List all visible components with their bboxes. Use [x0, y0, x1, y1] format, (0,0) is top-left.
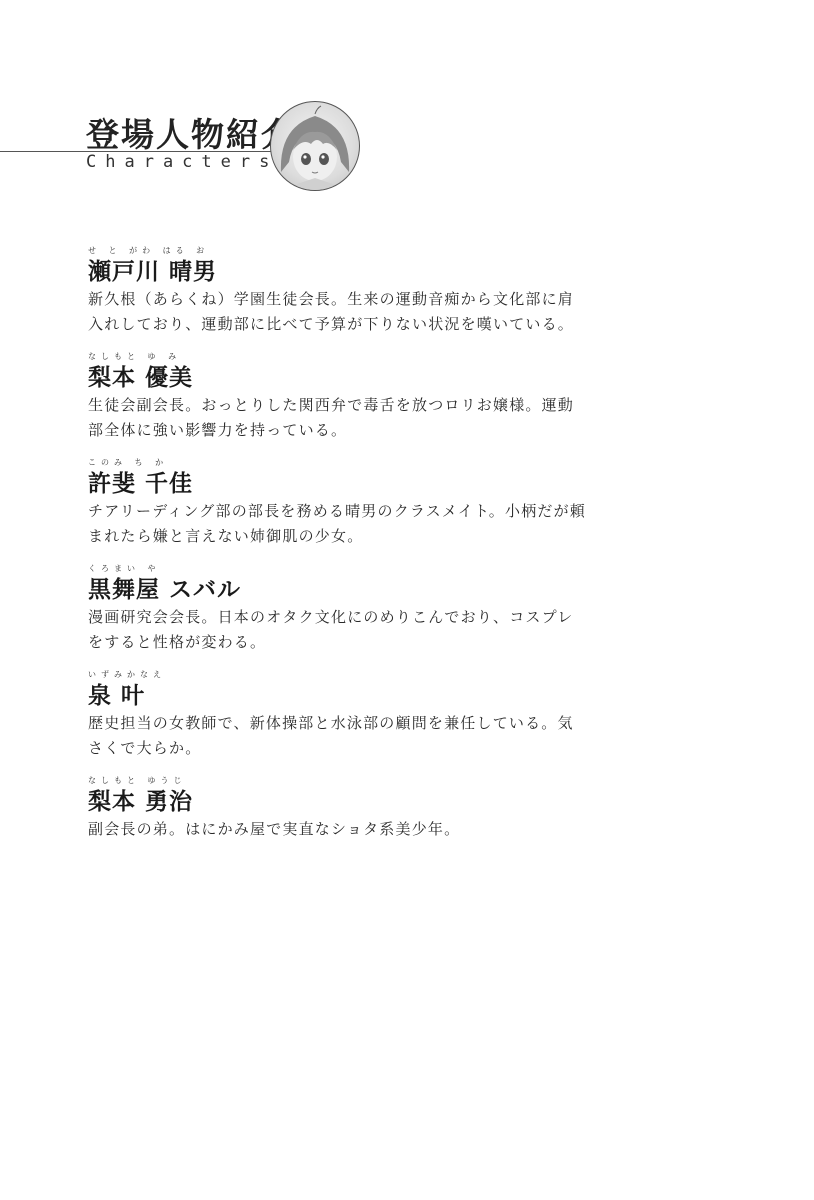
character-description: 歴史担当の女教師で、新体操部と水泳部の顧問を兼任している。気さくで大らか。: [88, 711, 588, 761]
character-name: 許斐 千佳: [88, 465, 193, 498]
character-name: 泉 叶: [88, 677, 145, 710]
character-description: 漫画研究会会長。日本のオタク文化にのめりこんでおり、コスプレをすると性格が変わる…: [88, 605, 588, 655]
character-name: 瀬戸川 晴男: [88, 253, 217, 286]
character-list: せ と がわ はる お 瀬戸川 晴男 新久根（あらくね）学園生徒会長。生来の運動…: [88, 245, 588, 856]
character-description: チアリーディング部の部長を務める晴男のクラスメイト。小柄だが頼まれたら嫌と言えな…: [88, 499, 588, 549]
character-name: 梨本 勇治: [88, 783, 193, 816]
character-entry: いずみかなえ 泉 叶 歴史担当の女教師で、新体操部と水泳部の顧問を兼任している。…: [88, 669, 588, 761]
character-description: 副会長の弟。はにかみ屋で実直なショタ系美少年。: [88, 817, 588, 842]
page-title: 登場人物紹介: [86, 109, 296, 156]
character-description: 新久根（あらくね）学園生徒会長。生来の運動音痴から文化部に肩入れしており、運動部…: [88, 287, 588, 337]
character-name: 梨本 優美: [88, 359, 193, 392]
character-description: 生徒会副会長。おっとりした関西弁で毒舌を放つロリお嬢様。運動部全体に強い影響力を…: [88, 393, 588, 443]
page-subtitle: Characters: [86, 152, 278, 172]
character-portrait-icon: [270, 101, 360, 191]
character-entry: なしもと ゆ み 梨本 優美 生徒会副会長。おっとりした関西弁で毒舌を放つロリお…: [88, 351, 588, 443]
character-entry: このみ ち か 許斐 千佳 チアリーディング部の部長を務める晴男のクラスメイト。…: [88, 457, 588, 549]
character-entry: せ と がわ はる お 瀬戸川 晴男 新久根（あらくね）学園生徒会長。生来の運動…: [88, 245, 588, 337]
character-entry: なしもと ゆうじ 梨本 勇治 副会長の弟。はにかみ屋で実直なショタ系美少年。: [88, 775, 588, 842]
character-entry: くろまい や 黒舞屋 スバル 漫画研究会会長。日本のオタク文化にのめりこんでおり…: [88, 563, 588, 655]
page-header: 登場人物紹介 Characters: [0, 95, 380, 215]
character-name: 黒舞屋 スバル: [88, 571, 241, 604]
